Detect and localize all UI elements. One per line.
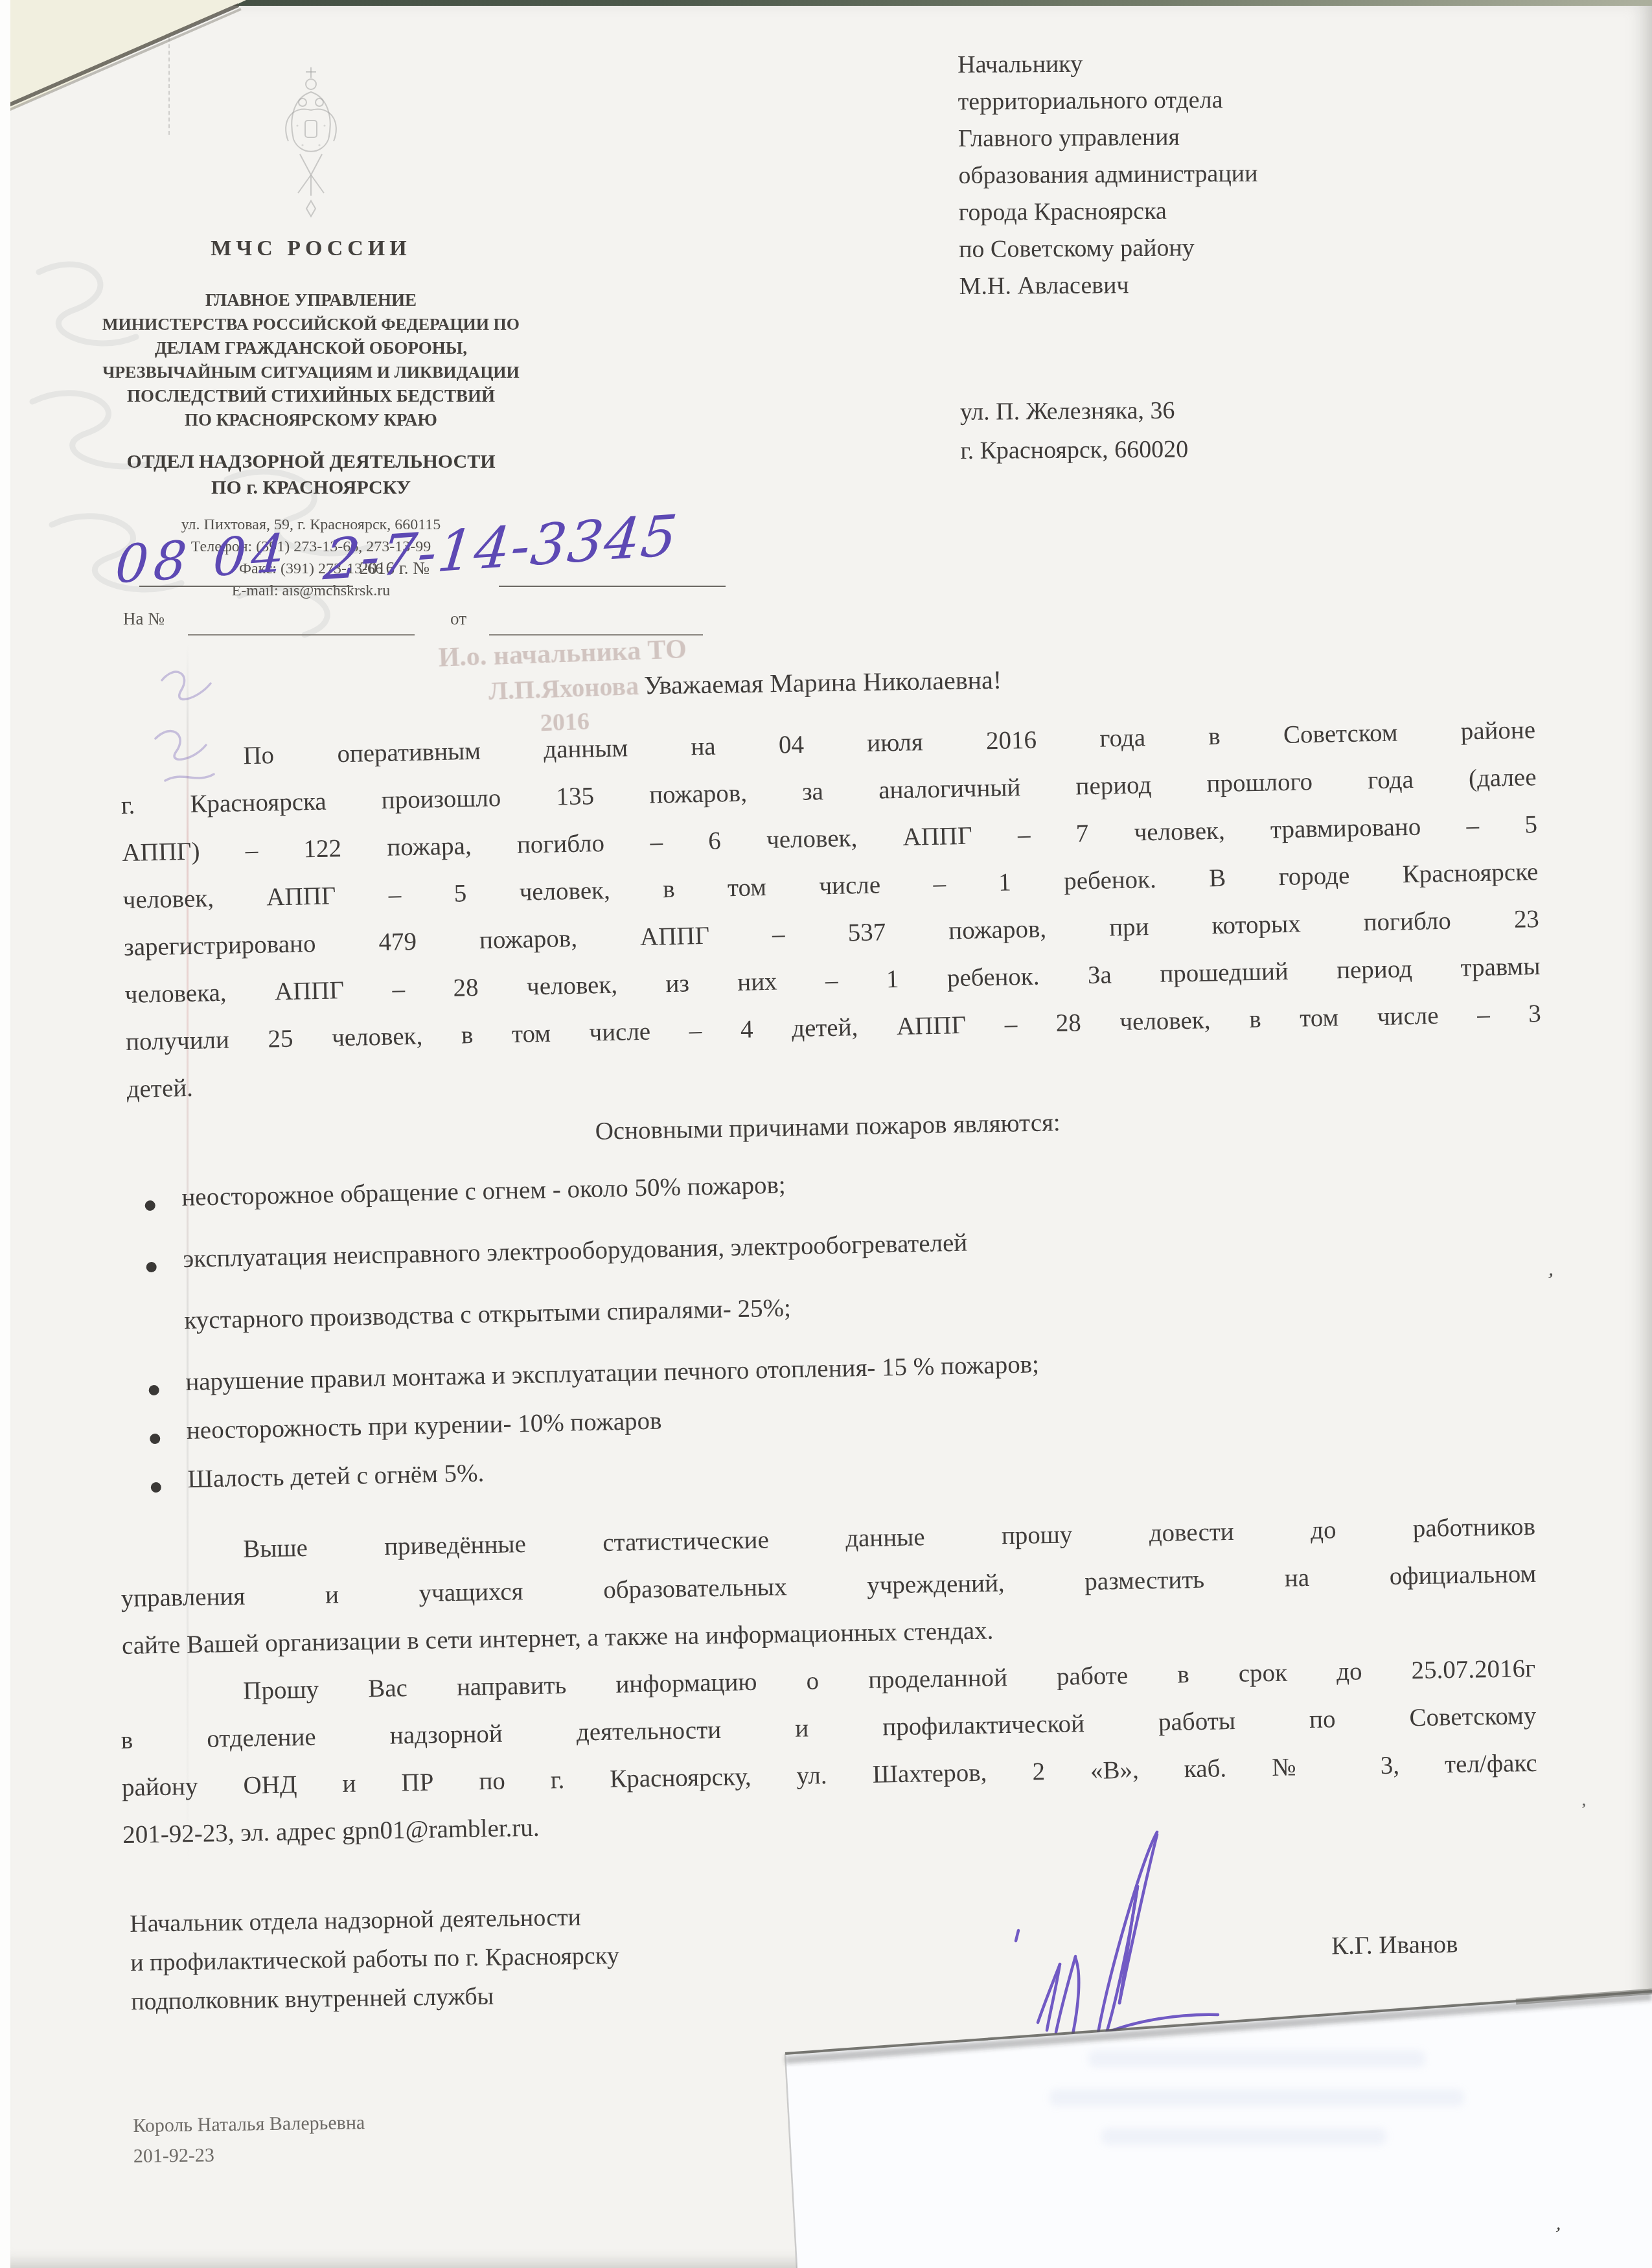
signer-name: К.Г. Иванов xyxy=(1331,1930,1458,1961)
causes-bullet-list: неосторожное обращение с огнем - около 5… xyxy=(120,1154,1565,1184)
org-line: ПОСЛЕДСТВИЙ СТИХИЙНЫХ БЕДСТВИЙ xyxy=(84,384,538,408)
recipient-line: по Советскому району xyxy=(959,227,1542,268)
org-line: МИНИСТЕРСТВА РОССИЙСКОЙ ФЕДЕРАЦИИ ПО xyxy=(84,312,538,336)
recipient-line: города Красноярска xyxy=(959,190,1542,231)
scanned-letter-page: МЧС РОССИИ ГЛАВНОЕ УПРАВЛЕНИЕ МИНИСТЕРСТ… xyxy=(0,0,1652,2268)
overlay-paper-sheet xyxy=(771,1969,1652,2268)
org-line: ДЕЛАМ ГРАЖДАНСКОЙ ОБОРОНЫ, xyxy=(84,336,538,360)
recipient-line: образования администрации xyxy=(958,154,1541,194)
ref-na-label: На № xyxy=(123,609,165,629)
paragraph-1: По оперативным данным на 04 июля 2016 го… xyxy=(120,715,1543,1122)
org-short-name: МЧС РОССИИ xyxy=(84,236,538,261)
bullet-text: кустарного производства с открытыми спир… xyxy=(184,1293,791,1335)
recipient-block: Начальнику территориального отдела Главн… xyxy=(958,43,1544,470)
mchs-emblem-icon xyxy=(269,65,353,227)
org-line: ЧРЕЗВЫЧАЙНЫМ СИТУАЦИЯМ И ЛИКВИДАЦИИ xyxy=(84,360,538,384)
org-line: ГЛАВНОЕ УПРАВЛЕНИЕ xyxy=(84,288,538,312)
contact-phone: 201-92-23 xyxy=(133,2138,366,2171)
overlay-bleedthrough-line xyxy=(1088,2050,1425,2067)
recipient-address-line: г. Красноярск, 660020 xyxy=(960,428,1543,470)
bullet-icon xyxy=(151,1482,161,1493)
bullet-icon xyxy=(149,1385,159,1395)
org-line: ПО КРАСНОЯРСКОМУ КРАЮ xyxy=(84,408,538,432)
contact-name: Король Наталья Валерьевна xyxy=(133,2107,365,2141)
ink-speck: ’ xyxy=(1581,1800,1587,1820)
recipient-line: Начальнику xyxy=(958,43,1541,84)
overlay-bleedthrough-line xyxy=(1050,2089,1464,2106)
recipient-line: территориального отдела xyxy=(958,80,1541,120)
overlay-bleedthrough-line xyxy=(1101,2128,1386,2145)
bullet-text: Шалость детей с огнём 5%. xyxy=(187,1458,485,1494)
bullet-text: неосторожное обращение с огнем - около 5… xyxy=(181,1170,786,1212)
ref-ot-label: от xyxy=(450,609,466,629)
paragraph-2: Выше приведённые статистические данные п… xyxy=(120,1512,1537,1678)
paragraph-3: Прошу Вас направить информацию о продела… xyxy=(120,1654,1539,1868)
bullet-text: нарушение правил монтажа и эксплуатации … xyxy=(185,1349,1039,1397)
scan-left-margin xyxy=(0,0,10,2268)
recipient-line: Главного управления xyxy=(958,117,1541,157)
dept-line: ОТДЕЛ НАДЗОРНОЙ ДЕЯТЕЛЬНОСТИ xyxy=(84,449,538,475)
recipient-address-line: ул. П. Железняка, 36 xyxy=(960,389,1543,431)
recipient-line: М.Н. Авласевич xyxy=(959,264,1542,305)
number-blank-rule xyxy=(499,586,726,587)
ref-na-rule xyxy=(188,634,415,636)
bullet-text: эксплуатация неисправного электрооборудо… xyxy=(183,1228,968,1274)
handwritten-date: 08 04 xyxy=(113,522,292,595)
bullet-icon xyxy=(145,1200,155,1211)
bullet-icon xyxy=(146,1262,157,1272)
footer-contact: Король Наталья Валерьевна 201-92-23 xyxy=(133,2107,365,2171)
dept-line: ПО г. КРАСНОЯРСКУ xyxy=(84,475,538,501)
bullet-icon xyxy=(150,1434,160,1444)
